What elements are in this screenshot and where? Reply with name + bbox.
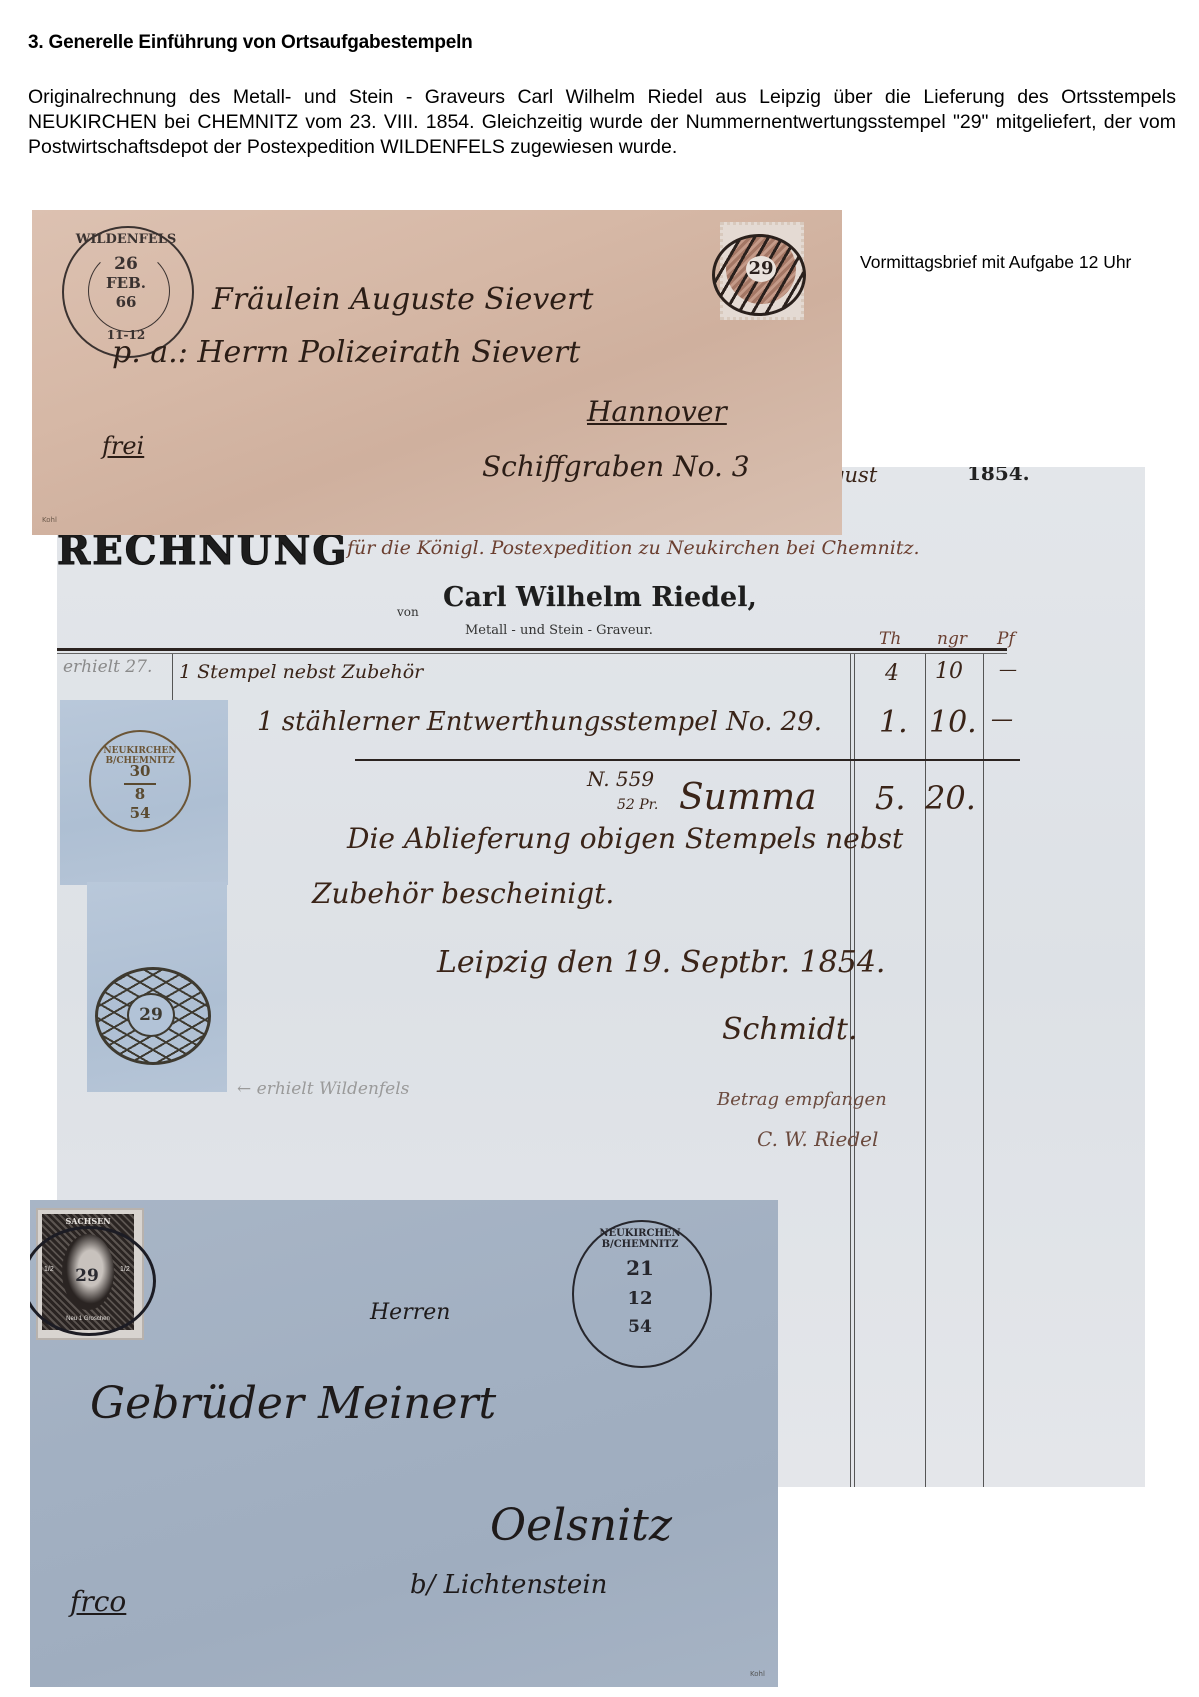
cover-caption: Vormittagsbrief mit Aufgabe 12 Uhr bbox=[860, 251, 1176, 274]
total-label: Summa bbox=[679, 777, 817, 818]
invoice-trade: Metall - und Stein - Graveur. bbox=[465, 623, 653, 638]
row1-pf: — bbox=[999, 659, 1017, 680]
row1-pencil: erhielt 27. bbox=[63, 657, 152, 677]
fragment-postmark-month: 8 bbox=[118, 785, 162, 803]
invoice-addressee: für die Königl. Postexpedition zu Neukir… bbox=[347, 537, 920, 559]
col-header-ngr: ngr bbox=[937, 629, 967, 649]
address-line-4: Schiffgraben No. 3 bbox=[482, 450, 750, 483]
sum-rule bbox=[355, 759, 1020, 761]
pencil-note: ← erhielt Wildenfels bbox=[237, 1079, 409, 1099]
row1-th: 4 bbox=[885, 661, 899, 686]
row1-ngr: 10 bbox=[935, 659, 963, 684]
row2-text: 1 stählerner Entwerthungsstempel No. 29. bbox=[257, 707, 822, 737]
tiny-mark: Kohl bbox=[42, 516, 57, 524]
row2-ngr: 10. bbox=[929, 705, 977, 740]
intro-paragraph: Originalrechnung des Metall- und Stein -… bbox=[28, 85, 1176, 160]
cover-neukirchen: SACHSEN 1/2 1/2 Neu 1 Groschen 29 NEUKIR… bbox=[30, 1200, 778, 1687]
cover-wildenfels: WILDENFELS 26 FEB. 66 11-12 29 Fräulein … bbox=[32, 210, 842, 535]
fragment-postmark-day: 30 bbox=[118, 762, 162, 780]
address-line-4: b/ Lichtenstein bbox=[410, 1570, 607, 1600]
ref-sub: 52 Pr. bbox=[617, 797, 658, 813]
page-heading: 3. Generelle Einführung von Ortsaufgabes… bbox=[28, 32, 473, 54]
postmark-day: 26 bbox=[100, 254, 152, 274]
postmark-year: 66 bbox=[100, 293, 152, 311]
column-line-1 bbox=[850, 654, 851, 1487]
receipt-line-1: Die Ablieferung obigen Stempels nebst bbox=[347, 822, 903, 855]
postmark-town: WILDENFELS bbox=[62, 232, 190, 247]
postmark-day: 21 bbox=[618, 1256, 662, 1280]
header-rule bbox=[57, 648, 1007, 651]
address-line-3: Oelsnitz bbox=[490, 1500, 672, 1551]
received-signature: C. W. Riedel bbox=[757, 1127, 878, 1151]
postmark-town: NEUKIRCHEN B/CHEMNITZ bbox=[570, 1228, 710, 1250]
fragment-postmark-year: 54 bbox=[118, 804, 162, 822]
postmark-fragment: NEUKIRCHEN B/CHEMNITZ 30 8 54 bbox=[60, 700, 228, 885]
stamp-cancel-number: 29 bbox=[746, 256, 776, 282]
col-header-pf: Pf bbox=[997, 629, 1015, 649]
address-line-1: Herren bbox=[370, 1300, 450, 1325]
row1-text: 1 Stempel nebst Zubehör bbox=[179, 661, 423, 683]
cover-note: frco bbox=[70, 1585, 126, 1618]
address-line-2: Gebrüder Meinert bbox=[90, 1378, 496, 1429]
postmark-month: FEB. bbox=[96, 274, 156, 292]
tiny-mark: Kohl bbox=[750, 1670, 765, 1678]
stamp-cancel-number: 29 bbox=[72, 1266, 102, 1286]
row2-th: 1. bbox=[879, 705, 908, 740]
cancel-number: 29 bbox=[127, 993, 175, 1037]
column-line-1b bbox=[854, 654, 855, 1487]
column-line-3 bbox=[983, 654, 984, 1487]
postmark-year: 54 bbox=[618, 1317, 662, 1337]
invoice-year: 1854. bbox=[967, 467, 1030, 485]
address-line-2: p. a.: Herrn Polizeirath Sievert bbox=[112, 335, 580, 370]
signature-place-date: Leipzig den 19. Septbr. 1854. bbox=[437, 945, 885, 980]
stamp-country: SACHSEN bbox=[58, 1216, 118, 1226]
total-ngr: 20. bbox=[925, 779, 976, 817]
ref-number: N. 559 bbox=[587, 767, 654, 791]
address-line-3: Hannover bbox=[587, 395, 727, 428]
cover-note: frei bbox=[102, 432, 144, 460]
postmark-month: 12 bbox=[618, 1288, 662, 1309]
received-line: Betrag empfangen bbox=[717, 1089, 887, 1110]
total-th: 5. bbox=[875, 779, 906, 817]
header-rule-thin bbox=[57, 653, 1007, 654]
invoice-from-prefix: von bbox=[397, 605, 419, 619]
invoice-issuer: Carl Wilhelm Riedel, bbox=[443, 582, 757, 613]
receipt-line-2: Zubehör bescheinigt. bbox=[312, 877, 614, 910]
address-line-1: Fräulein Auguste Sievert bbox=[212, 282, 593, 317]
row2-pf: — bbox=[991, 707, 1013, 732]
col-header-th: Th bbox=[879, 629, 901, 649]
cancel-fragment: 29 bbox=[87, 882, 227, 1092]
signature: Schmidt. bbox=[722, 1012, 858, 1047]
